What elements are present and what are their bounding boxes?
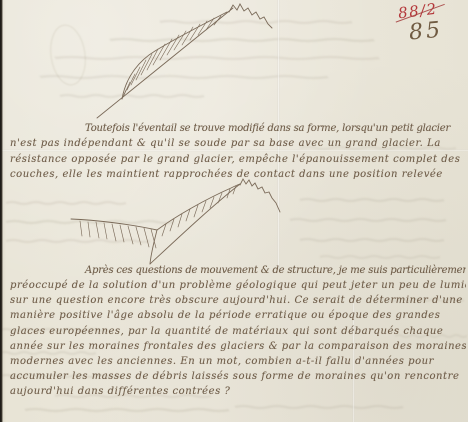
manuscript-line: année sur les moraines frontales des gla… [10, 339, 466, 354]
manuscript-line: glaces européennes, par la quantité de m… [10, 324, 466, 339]
manuscript-line: couches, elle les maintient rapprochées … [10, 167, 466, 182]
manuscript-line: n'est pas indépendant & qu'il se soude p… [10, 136, 466, 151]
manuscript-paragraph-2: Après ces questions de mouvement & de st… [10, 263, 466, 399]
manuscript-line: Toutefois l'éventail se trouve modifié d… [10, 121, 466, 136]
manuscript-line: aujourd'hui dans différentes contrées ? [10, 384, 466, 399]
manuscript-line: modernes avec les anciennes. En un mot, … [10, 354, 466, 369]
glacier-fan-sketch-lower [71, 179, 280, 264]
manuscript-line: sur une question encore très obscure auj… [10, 293, 466, 308]
manuscript-line: préoccupé de la solution d'un problème g… [10, 278, 466, 293]
manuscript-line: manière positive l'âge absolu de la péri… [10, 308, 466, 323]
manuscript-page: 88/2 85 Toutefois l'éventail se trouve m… [0, 0, 468, 422]
manuscript-paragraph-1: Toutefois l'éventail se trouve modifié d… [10, 121, 466, 183]
manuscript-line: Après ces questions de mouvement & de st… [10, 263, 466, 278]
glacier-fan-sketch-upper [97, 4, 272, 118]
manuscript-line: accumuler les masses de débris laissés s… [10, 369, 466, 384]
manuscript-line: résistance opposée par le grand glacier,… [10, 152, 466, 167]
folio-page-number: 85 [408, 18, 444, 46]
